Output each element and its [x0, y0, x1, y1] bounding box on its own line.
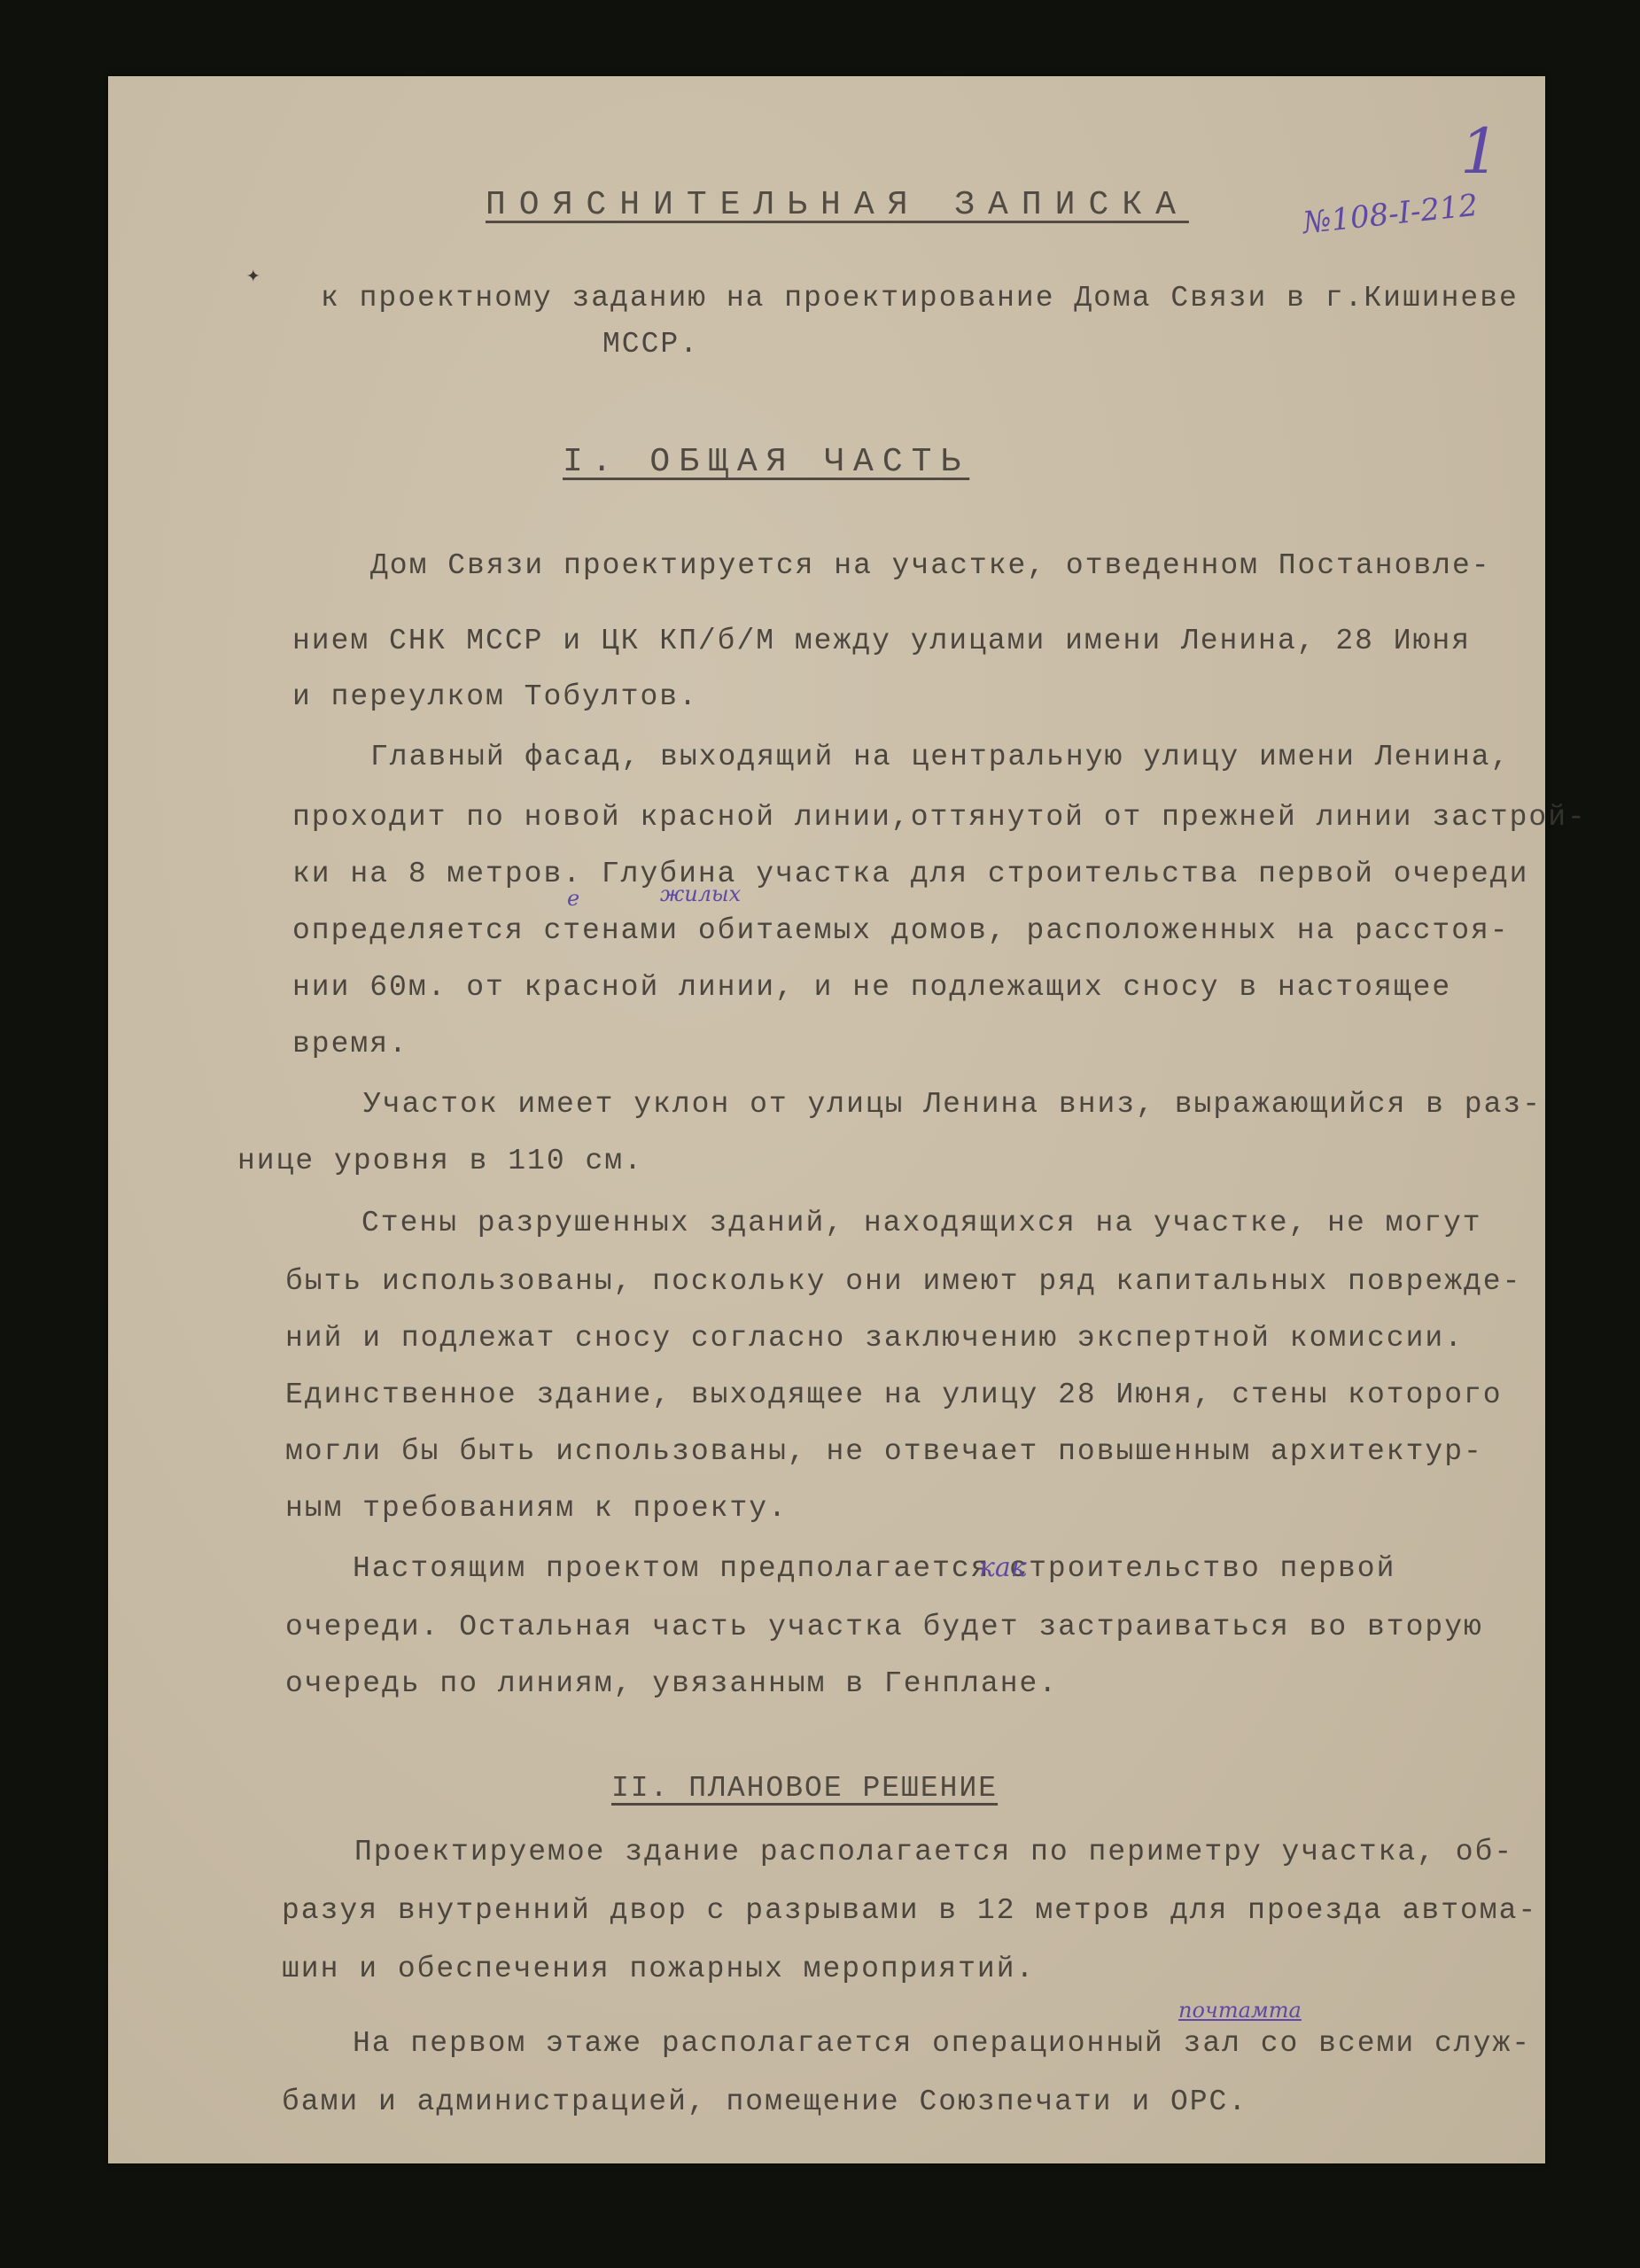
handwritten-insertion: е	[567, 886, 579, 911]
paragraph-line: ний и подлежат сносу согласно заключению…	[285, 1322, 1464, 1355]
paragraph-line: разуя внутренний двор с разрывами в 12 м…	[282, 1894, 1537, 1927]
paragraph-line: шин и обеспечения пожарных мероприятий.	[282, 1953, 1035, 1985]
section-heading: II. ПЛАНОВОЕ РЕШЕНИЕ	[611, 1772, 998, 1805]
paragraph-line: проходит по новой красной линии,оттянуто…	[292, 801, 1587, 834]
paragraph-line: Настоящим проектом предполагается строит…	[353, 1552, 1395, 1585]
document-title: ПОЯСНИТЕЛЬНАЯ ЗАПИСКА	[486, 186, 1189, 224]
handwritten-insertion: жилых	[660, 882, 741, 906]
paragraph-line: бами и администрацией, помещение Союзпеч…	[282, 2085, 1247, 2118]
paragraph-line: определяется стенами обитаемых домов, ра…	[292, 914, 1510, 947]
handwritten-insertion: почтамта	[1178, 1998, 1302, 2023]
paragraph-line: очередь по линиям, увязанным в Генплане.	[285, 1667, 1058, 1700]
subtitle-line: МССР.	[602, 328, 699, 361]
paragraph-line: и переулком Тобултов.	[292, 680, 698, 713]
paragraph-line: ным требованиям к проекту.	[285, 1492, 788, 1525]
section-heading: I. ОБЩАЯ ЧАСТЬ	[563, 443, 969, 481]
paragraph-line: Единственное здание, выходящее на улицу …	[285, 1379, 1503, 1411]
handwritten-insertion: как	[979, 1552, 1027, 1583]
paragraph-line: время.	[292, 1028, 408, 1060]
paragraph-line: нии 60м. от красной линии, и не подлежащ…	[292, 971, 1451, 1004]
paragraph-line: Участок имеет уклон от улицы Ленина вниз…	[363, 1088, 1542, 1121]
paragraph-line: нием СНК МССР и ЦК КП/б/М между улицами …	[292, 625, 1471, 657]
paragraph-line: очереди. Остальная часть участка будет з…	[285, 1611, 1483, 1643]
margin-mark: ✦	[246, 261, 260, 289]
paragraph-line: Проектируемое здание располагается по пе…	[354, 1836, 1513, 1868]
subtitle-line: к проектному заданию на проектирование Д…	[321, 282, 1519, 315]
page-number-annotation: 1	[1460, 115, 1500, 188]
paragraph-line: могли бы быть использованы, не отвечает …	[285, 1435, 1483, 1468]
paragraph-line: Главный фасад, выходящий на центральную …	[370, 741, 1510, 773]
paragraph-line: На первом этаже располагается операционн…	[353, 2027, 1531, 2060]
paragraph-line: нице уровня в 110 см.	[237, 1145, 643, 1177]
paragraph-line: Стены разрушенных зданий, находящихся на…	[361, 1207, 1482, 1239]
paragraph-line: Дом Связи проектируется на участке, отве…	[370, 549, 1491, 582]
paragraph-line: быть использованы, поскольку они имеют р…	[285, 1265, 1521, 1298]
paragraph-line: ки на 8 метров. Глубина участка для стро…	[292, 858, 1528, 890]
